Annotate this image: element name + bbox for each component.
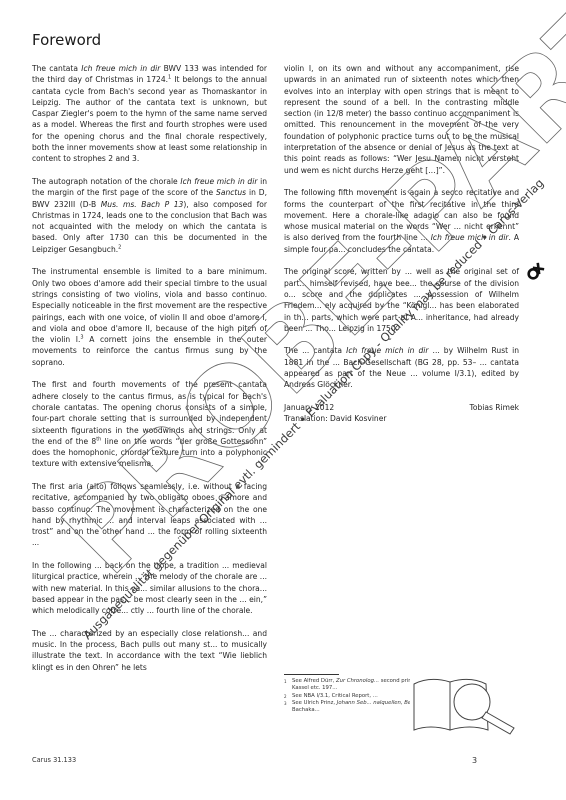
work-title: Sanctus — [216, 188, 246, 197]
paragraph: The ... characterized by an especially c… — [32, 628, 267, 673]
paragraph: In the following ... back on the trope, … — [32, 560, 267, 616]
work-title: Ich freue mich in dir — [81, 64, 160, 73]
work-title: Ich freue mich in dir — [346, 346, 428, 355]
page-number: 3 — [472, 756, 477, 765]
paragraph: The first aria (alto) follows seamlessly… — [32, 481, 267, 549]
footnote-ref: 2 — [118, 244, 121, 250]
paragraph: The following fifth movement is again a … — [284, 187, 519, 255]
text: See Ulrich Prinz, — [292, 700, 337, 706]
source-siglum: Mus. ms. Bach P 13 — [101, 200, 184, 209]
left-column: The cantata Ich freue mich in dir BWV 13… — [32, 63, 267, 673]
paragraph: The instrumental ensemble is limited to … — [32, 266, 267, 368]
carus-logo-icon — [525, 260, 547, 282]
paragraph: The cantata Ich freue mich in dir BWV 13… — [32, 63, 267, 165]
paragraph: violin I, on its own and without any acc… — [284, 63, 519, 176]
right-column: violin I, on its own and without any acc… — [284, 63, 519, 425]
page-title: Foreword — [32, 31, 101, 49]
translator: Translation: David Kosviner — [284, 413, 519, 424]
paragraph: The original score, written by ... well … — [284, 266, 519, 334]
date: January 2012 — [284, 402, 334, 413]
paragraph: The autograph notation of the chorale Ic… — [32, 176, 267, 255]
work-title: Ich freue mich in dir — [180, 177, 257, 186]
footnote-rule — [284, 674, 339, 675]
paragraph: The ... cantata Ich freue mich in dir ..… — [284, 345, 519, 390]
footnote-number: 3 — [284, 700, 292, 715]
text: Zur Chronolog... — [336, 678, 379, 684]
author: Tobias Rimek — [470, 402, 520, 413]
text: The ... cantata — [284, 346, 346, 355]
book-magnifier-icon — [410, 672, 522, 736]
text: See Alfred Dürr, — [292, 678, 336, 684]
footnote-number: 2 — [284, 693, 292, 700]
catalog-number: Carus 31.133 — [32, 756, 76, 764]
footnote-number: 1 — [284, 678, 292, 693]
signature-line: January 2012 Tobias Rimek — [284, 402, 519, 413]
footnote-text: See NBA I/3.1, Critical Report, ... — [292, 693, 378, 700]
text: It belongs to the annual cantata cycle f… — [32, 75, 267, 163]
text: The instrumental ensemble is limited to … — [32, 267, 267, 344]
text: The cantata — [32, 64, 81, 73]
text: The autograph notation of the chorale — [32, 177, 180, 186]
work-title: Ich freue mich in dir — [431, 233, 509, 242]
paragraph: The first and fourth movements of the pr… — [32, 379, 267, 469]
